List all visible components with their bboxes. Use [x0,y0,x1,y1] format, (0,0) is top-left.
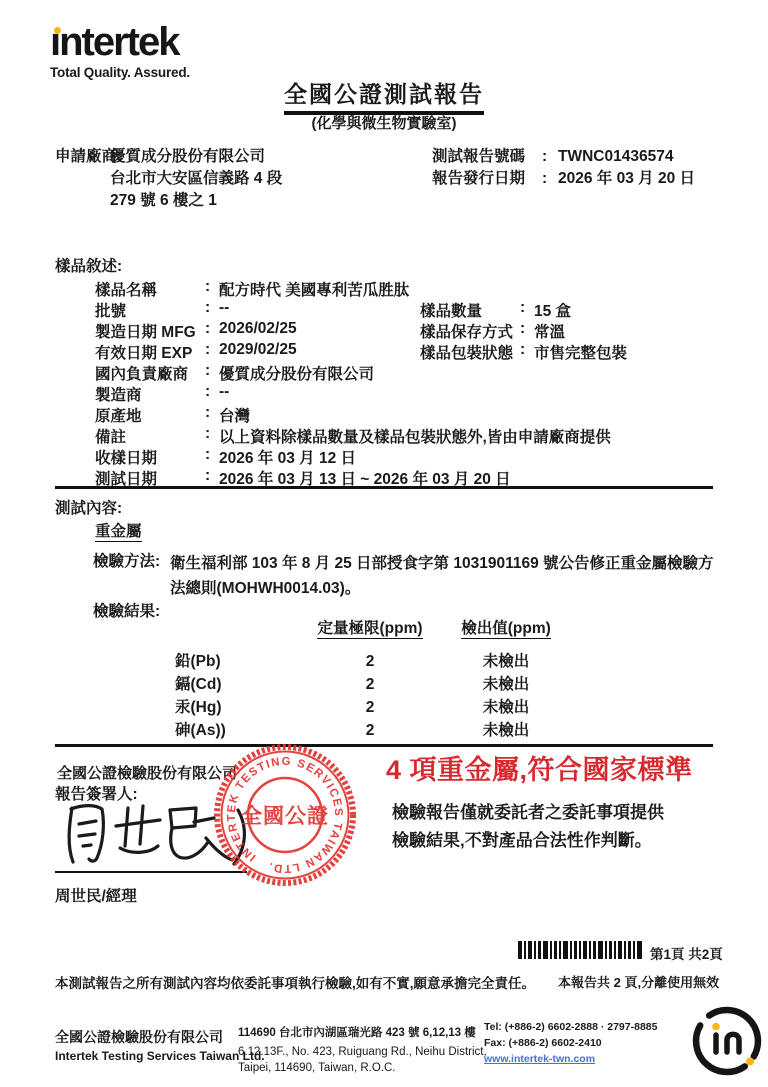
verdict-headline: 4 項重金屬,符合國家標準 [386,748,693,787]
field-label: 樣品名稱 [95,278,157,300]
result-label: 檢驗結果: [93,601,160,622]
field-label: 樣品數量 [420,299,482,321]
colon: : [205,278,210,296]
footer-address-en2: Taipei, 114690, Taiwan, R.O.C. [238,1060,395,1076]
field-value: 台灣 [219,404,250,426]
method-label: 檢驗方法: [93,551,160,572]
field-label: 製造商 [95,383,142,405]
sample-section-label: 樣品敘述: [55,256,122,277]
field-label: 樣品保存方式 [420,320,513,342]
applicant-address-1: 台北市大安區信義路 4 段 [110,168,282,189]
field-label: 有效日期 EXP [95,341,192,363]
metal-result: 未檢出 [453,720,559,741]
field-label: 批號 [95,299,126,321]
field-value: 2026/02/25 [219,320,297,338]
metal-limit: 2 [313,651,427,672]
sample-row: 收樣日期 : 2026 年 03 月 12 日 [95,446,725,467]
stamp-center-text: 全國公證 [241,804,329,828]
footer-website-link[interactable]: www.intertek-twn.com [484,1053,595,1065]
applicant-name: 優質成分股份有限公司 [110,146,265,167]
metal-result: 未檢出 [453,651,559,672]
colon: : [205,404,210,422]
disclaimer-line-1: 檢驗報告僅就委託者之委託事項提供 [392,798,664,823]
field-value: 配方時代 美國專利苦瓜胜肽 [219,278,409,300]
colon: : [520,299,525,317]
page-number: 第1頁 共2頁 [650,943,723,963]
sample-row: 製造日期 MFG : 2026/02/25 樣品保存方式 : 常溫 [95,320,725,341]
report-title: 全國公證測試報告 [284,76,484,113]
footer-address-en1: 6.12.13F., No. 423, Ruiguang Rd., Neihu … [238,1044,487,1060]
footer-company-zh: 全國公證檢驗股份有限公司 [55,1027,223,1047]
colon: : [542,146,547,167]
icon-accent-dot [746,1058,754,1066]
footer-fax: Fax: (+886-2) 6602-2410 [484,1036,602,1051]
field-value: 2029/02/25 [219,341,297,359]
field-value: 2026 年 03 月 12 日 [219,446,356,468]
sample-row: 備註 : 以上資料除樣品數量及樣品包裝狀態外,皆由申請廠商提供 [95,425,725,446]
footer-company-en: Intertek Testing Services Taiwan Ltd. [55,1049,265,1063]
signer-name-title: 周世民/經理 [55,886,137,907]
section-divider [55,744,713,747]
sample-rows: 樣品名稱 : 配方時代 美國專利苦瓜胜肽 批號 : -- 樣品數量 : 15 盒… [95,278,725,488]
field-value: 以上資料除樣品數量及樣品包裝狀態外,皆由申請廠商提供 [219,425,611,447]
field-value: -- [219,299,229,317]
barcode [518,941,642,959]
field-label: 樣品包裝狀態 [420,341,513,363]
colon: : [205,383,210,401]
sample-row: 測試日期 : 2026 年 03 月 13 日 ~ 2026 年 03 月 20… [95,467,725,488]
colon: : [205,320,210,338]
field-value: 常溫 [534,320,565,342]
metal-result: 未檢出 [453,697,559,718]
sample-row: 原產地 : 台灣 [95,404,725,425]
field-label: 製造日期 MFG [95,320,196,342]
sample-row: 有效日期 EXP : 2029/02/25 樣品包裝狀態 : 市售完整包裝 [95,341,725,362]
field-label: 收樣日期 [95,446,157,468]
colon: : [205,362,210,380]
colon: : [520,341,525,359]
sample-row: 製造商 : -- [95,383,725,404]
field-label: 備註 [95,425,126,447]
metal-name: 汞(Hg) [175,697,222,718]
report-title-wrap: 全國公證測試報告 [0,76,768,115]
method-text: 衛生福利部 103 年 8 月 25 日部授食字第 1031901169 號公告… [170,551,718,601]
disclaimer-line-2: 檢驗結果,不對產品合法性作判斷。 [392,826,652,851]
table-header-limit: 定量極限(ppm) [313,616,427,638]
metal-limit: 2 [313,674,427,695]
colon: : [205,467,210,485]
metal-limit: 2 [313,697,427,718]
footer-address-zh: 114690 台北市內湖區瑞光路 423 號 6,12,13 樓 [238,1025,476,1041]
test-section-label: 測試內容: [55,498,122,519]
colon: : [542,168,547,189]
metal-limit: 2 [313,720,427,741]
sample-row: 國內負責廠商 : 優質成分股份有限公司 [95,362,725,383]
field-value: 優質成分股份有限公司 [219,362,374,384]
report-no-value: TWNC01436574 [558,146,673,167]
colon: : [520,320,525,338]
footer-statement-left: 本測試報告之所有測試內容均依委託事項執行檢驗,如有不實,願意承擔完全責任。 [55,972,535,992]
field-value: 15 盒 [534,299,571,321]
intertek-logo: ıntertek Total Quality. Assured. [50,22,190,80]
applicant-address-2: 279 號 6 樓之 1 [110,190,217,211]
section-divider [55,486,713,489]
metal-name: 鎘(Cd) [175,674,222,695]
intertek-logo-wordmark: ıntertek [50,22,190,62]
colon: : [205,341,210,359]
certification-stamp: INTERTEK TESTING SERVICES TAIWAN LTD. 全國… [210,740,360,890]
report-page: ıntertek Total Quality. Assured. 全國公證測試報… [0,0,768,1087]
report-subtitle: (化學與微生物實驗室) [0,112,768,133]
field-label: 國內負責廠商 [95,362,188,384]
field-label: 原產地 [95,404,142,426]
footer-statement-right: 本報告共 2 頁,分離使用無效 [558,972,719,991]
logo-i-dot [54,27,61,34]
table-header-result: 檢出值(ppm) [453,616,559,638]
metal-result: 未檢出 [453,674,559,695]
field-value: -- [219,383,229,401]
field-value: 市售完整包裝 [534,341,627,363]
issue-date-label: 報告發行日期 [432,168,525,189]
metal-name: 砷(As)) [175,720,226,741]
footer-tel: Tel: (+886-2) 6602-2888 · 2797-8885 [484,1020,657,1035]
intertek-circle-icon [688,1002,766,1080]
sample-row: 批號 : -- 樣品數量 : 15 盒 [95,299,725,320]
report-no-label: 測試報告號碼 [432,146,525,167]
icon-i-dot [712,1023,720,1031]
metal-name: 鉛(Pb) [175,651,221,672]
colon: : [205,446,210,464]
issue-date-value: 2026 年 03 月 20 日 [558,168,695,189]
colon: : [205,425,210,443]
sample-row: 樣品名稱 : 配方時代 美國專利苦瓜胜肽 [95,278,725,299]
colon: : [205,299,210,317]
test-category: 重金屬 [95,523,142,542]
